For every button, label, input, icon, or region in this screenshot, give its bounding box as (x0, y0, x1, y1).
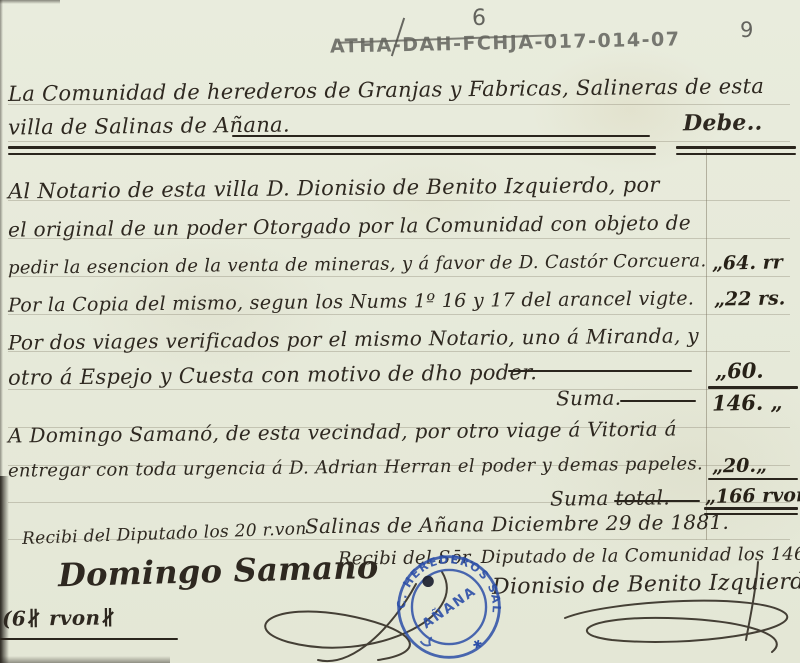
ledger-line-amount: „20.„ (712, 455, 767, 478)
debit-label: Debe.. (683, 110, 763, 137)
stamp-outer-circle (399, 557, 500, 658)
ledger-line-amount: „22 rs. (714, 287, 786, 310)
page-bottom-edge (0, 656, 170, 663)
ruled-line (8, 141, 790, 142)
ledger-line-amount: „60. (715, 358, 764, 384)
sum-fill-rule (620, 400, 696, 402)
domingo-rubric-tail (318, 584, 416, 661)
receipt-note-left: Recibi del Diputado los 20 r.von (22, 519, 307, 549)
debit-double-rule (676, 146, 796, 149)
header-double-rule (8, 153, 656, 155)
stamp-inner-circle (412, 570, 486, 644)
sum-amount: 146. „ (712, 389, 783, 415)
signature-domingo-samano: Domingo Samano (58, 548, 379, 594)
page-number: 9 (740, 18, 753, 42)
ledger-line-text: otro á Espejo y Cuesta con motivo de dho… (8, 360, 537, 390)
ruled-line (8, 502, 790, 503)
document-page: 6 ATHA-DAH-FCHJA-017-014-07 9 La Comunid… (0, 0, 800, 663)
total-fill-rule (614, 500, 700, 502)
ledger-fill-rule (508, 370, 692, 372)
ledger-line-text: pedir la esencion de la venta de mineras… (8, 250, 707, 278)
sum-overline (708, 386, 798, 389)
margin-amount-note: (6∦ rvon∦ (2, 605, 116, 630)
ledger-line-text: Por dos viages verificados por el mismo … (8, 323, 699, 354)
header-double-rule (8, 146, 656, 149)
debit-double-rule (676, 153, 796, 155)
stamp-star-icon: ✱ (471, 636, 484, 652)
page-top-edge (0, 0, 60, 4)
sum-label: Suma. (556, 386, 622, 411)
total-amount: „166 rvon (705, 484, 800, 508)
ledger-line-text: el original de un poder Otorgado por la … (8, 210, 691, 241)
total-label: Suma total. (550, 485, 670, 510)
ruled-line (8, 389, 790, 390)
margin-note-underline (0, 638, 178, 640)
total-overline (708, 478, 798, 480)
ledger-line-text: A Domingo Samanó, de esta vecindad, por … (8, 416, 677, 447)
stamp-center-text: AÑANA (419, 582, 480, 632)
archival-code: ATHA-DAH-FCHJA-017-014-07 (330, 28, 681, 57)
ledger-line-amount: „64. rr (712, 251, 783, 274)
dionisio-rubric (565, 601, 787, 652)
stamp-bottom-mark (421, 637, 432, 645)
ledger-line-text: Al Notario de esta villa D. Dionisio de … (8, 173, 660, 204)
dateline: Salinas de Añana Diciembre 29 de 1881. (305, 510, 729, 538)
amount-column-rule (706, 146, 707, 540)
pencil-number: 6 (472, 6, 486, 31)
signature-dionisio-izquierdo: Dionisio de Benito Izquierdo (492, 569, 800, 600)
title-fill-rule (232, 135, 650, 137)
ledger-line-text: Por la Copia del mismo, segun los Nums 1… (8, 287, 694, 316)
binding-shadow (0, 476, 9, 663)
stamp-ink-blot (422, 576, 433, 587)
document-title-line1: La Comunidad de herederos de Granjas y F… (8, 74, 764, 106)
ledger-line-text: entregar con toda urgencia á D. Adrian H… (8, 453, 703, 481)
receipt-note-right: Recibi del Sōr. Diputado de la Comunidad… (338, 543, 800, 569)
